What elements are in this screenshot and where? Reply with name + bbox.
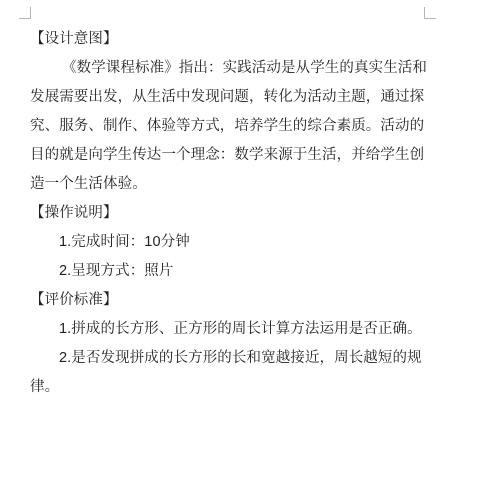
evaluation-criteria-item-2: 2.是否发现拼成的长方形的长和宽越接近，周长越短的规 bbox=[59, 348, 422, 368]
heading-operation-notes: 【操作说明】 bbox=[30, 203, 118, 223]
design-intent-line-4: 目的就是向学生传达一个理念：数学来源于生活，并给学生创 bbox=[30, 145, 424, 165]
operation-note-item-2: 2.呈现方式：照片 bbox=[59, 261, 174, 281]
text-boundary-mark-top-right-icon bbox=[424, 7, 436, 19]
heading-evaluation-criteria: 【评价标准】 bbox=[30, 290, 118, 310]
design-intent-line-2: 发展需要出发，从生活中发现问题，转化为活动主题，通过探 bbox=[30, 87, 424, 107]
design-intent-line-1: 《数学课程标准》指出：实践活动是从学生的真实生活和 bbox=[62, 58, 427, 78]
heading-design-intent: 【设计意图】 bbox=[30, 29, 118, 49]
evaluation-criteria-item-1: 1.拼成的长方形、正方形的周长计算方法运用是否正确。 bbox=[59, 319, 422, 339]
evaluation-criteria-item-2-wrap: 律。 bbox=[30, 377, 59, 397]
document-page: 【设计意图】 《数学课程标准》指出：实践活动是从学生的真实生活和 发展需要出发，… bbox=[0, 0, 480, 480]
text-boundary-mark-top-left-icon bbox=[19, 7, 31, 19]
operation-note-item-1: 1.完成时间：10分钟 bbox=[59, 232, 190, 252]
design-intent-line-3: 究、服务、制作、体验等方式，培养学生的综合素质。活动的 bbox=[30, 116, 424, 136]
design-intent-line-5: 造一个生活体验。 bbox=[30, 174, 147, 194]
